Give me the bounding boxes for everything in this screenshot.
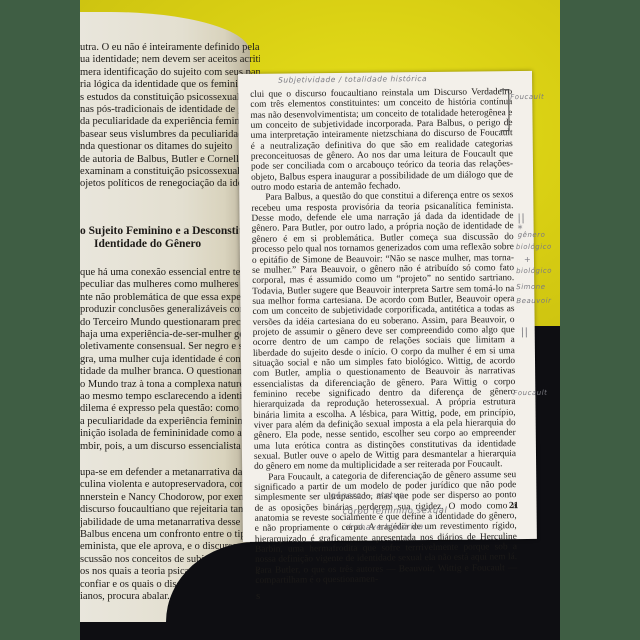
handwritten-bottom-3: é chave histórica (347, 522, 424, 532)
left-page-line: s estudos da constituição psicossexual d… (80, 92, 260, 104)
page-number: 21 (509, 501, 519, 511)
left-page-line: oletivamente consensual. Ser negro e ser (80, 341, 260, 353)
left-page-line: upa-se em defender a metanarrativa da mã… (80, 467, 260, 479)
left-page-line: produzir conclusões generalizáveis com b… (80, 304, 260, 316)
left-page-line: peculiar das mulheres como mulheres (80, 279, 260, 291)
left-page-line: Balbus encena um confronto entre o tipo (80, 529, 260, 541)
left-page-line: ojetos políticos de renegociação da iden… (80, 178, 260, 190)
left-page-line: culina violenta e autopreservadora, como (80, 479, 260, 491)
left-page-line: a peculiaridade da experiência feminina … (80, 416, 260, 428)
handwritten-bottom-2: corpo feminino sexual (343, 506, 448, 517)
handwritten-bottom-1: gênero — status (330, 490, 403, 500)
left-page-line: scussão nos conceitos de subjetividade (80, 554, 260, 566)
left-page-line: ua identidade; nem devem ser aceitos acr… (80, 54, 260, 66)
left-page-line: mbir, pois, a um discurso essencialista (80, 441, 260, 453)
left-page-line: inição isolada de femininidade como a (80, 428, 260, 440)
left-page-line: o Mundo traz à tona a complexa natureza … (80, 379, 260, 391)
handwritten-margin-foucault: Foucault (510, 93, 544, 101)
section-heading-line-1: o Sujeito Feminino e a Desconstituição d… (80, 225, 260, 238)
margin-bracket (500, 89, 509, 131)
photo-frame: utra. O eu não é inteiramente definido p… (80, 0, 560, 640)
left-page-line: da peculiaridade da experiência feminina (80, 116, 260, 128)
left-page-line: nte não problemática de que essa experiê… (80, 292, 260, 304)
handwritten-margin-8: || (521, 327, 529, 338)
left-page-text: utra. O eu não é inteiramente definido p… (80, 42, 260, 603)
left-page-line: dilema é expresso pela questão: como pod… (80, 403, 260, 415)
left-page-line: do Terceiro Mundo questionaram precisame… (80, 317, 260, 329)
left-page-line: discurso foucaultiano que rejeitaria tan… (80, 504, 260, 516)
handwritten-margin-3: biológico (516, 243, 552, 251)
handwritten-margin-6: Simone (516, 283, 545, 291)
handwritten-margin-9: Foucault (513, 389, 547, 397)
left-page-line: os nos quais a teoria psicanalítica femi… (80, 566, 260, 578)
handwritten-margin-4: + (524, 255, 531, 264)
right-page: Subjetividade / totalidade histórica clu… (238, 71, 537, 542)
left-page-line: confiar e os quais o discurso foucaultia… (80, 579, 260, 591)
left-page-line: haja uma experiência-de-ser-mulher genér… (80, 329, 260, 341)
left-page-line: ao mesmo tempo esclarecendo a identidade (80, 391, 260, 403)
left-page-line: de autoria de Balbus, Butler e Cornell, (80, 154, 260, 166)
handwritten-margin-7: Beauvoir (516, 297, 551, 305)
left-page-line: mera identificação do sujeito com seus p… (80, 67, 260, 79)
left-page-line: jabilidade de uma metanarrativa desse ti… (80, 517, 260, 529)
left-page-line: eminista, que ele aprova, e o discurso (80, 541, 260, 553)
left-page-line: utra. O eu não é inteiramente definido p… (80, 42, 260, 54)
paragraph-2: Para Balbus, a questão do que constitui … (251, 191, 516, 473)
left-page-line: ianos, procura abalar. Apesar disso, Bal… (80, 591, 260, 603)
left-page-line: que há uma conexão essencial entre teori… (80, 267, 260, 279)
left-page-line: nnerstein e Nancy Chodorow, por exemplo (80, 492, 260, 504)
left-page-line: nas pós-tradicionais de identidade de gê… (80, 104, 260, 116)
left-page-line: ria lógica da identidade que os feminism… (80, 79, 260, 91)
section-heading: o Sujeito Feminino e a Desconstituição d… (80, 225, 260, 251)
handwritten-margin-2: gênero (518, 231, 546, 239)
left-page-line: basear seus vislumbres da peculiaridade (80, 129, 260, 141)
left-page-line: examinam a constituição psicossexual do … (80, 166, 260, 178)
handwritten-margin-5: biológico (516, 267, 552, 275)
left-page-line: nda questionar os ditames do sujeito (80, 141, 260, 153)
section-heading-line-2: Identidade do Gênero (80, 238, 260, 251)
left-page-line: gra, uma mulher cuja identidade é consti… (80, 354, 260, 366)
paragraph-1: clui que o discurso foucaultiano reinsta… (250, 87, 513, 193)
handwritten-note-top: Subjetividade / totalidade histórica (278, 74, 427, 85)
left-page-line: tidade da mulher branca. O questionament… (80, 366, 260, 378)
left-page: utra. O eu não é inteiramente definido p… (80, 12, 250, 622)
